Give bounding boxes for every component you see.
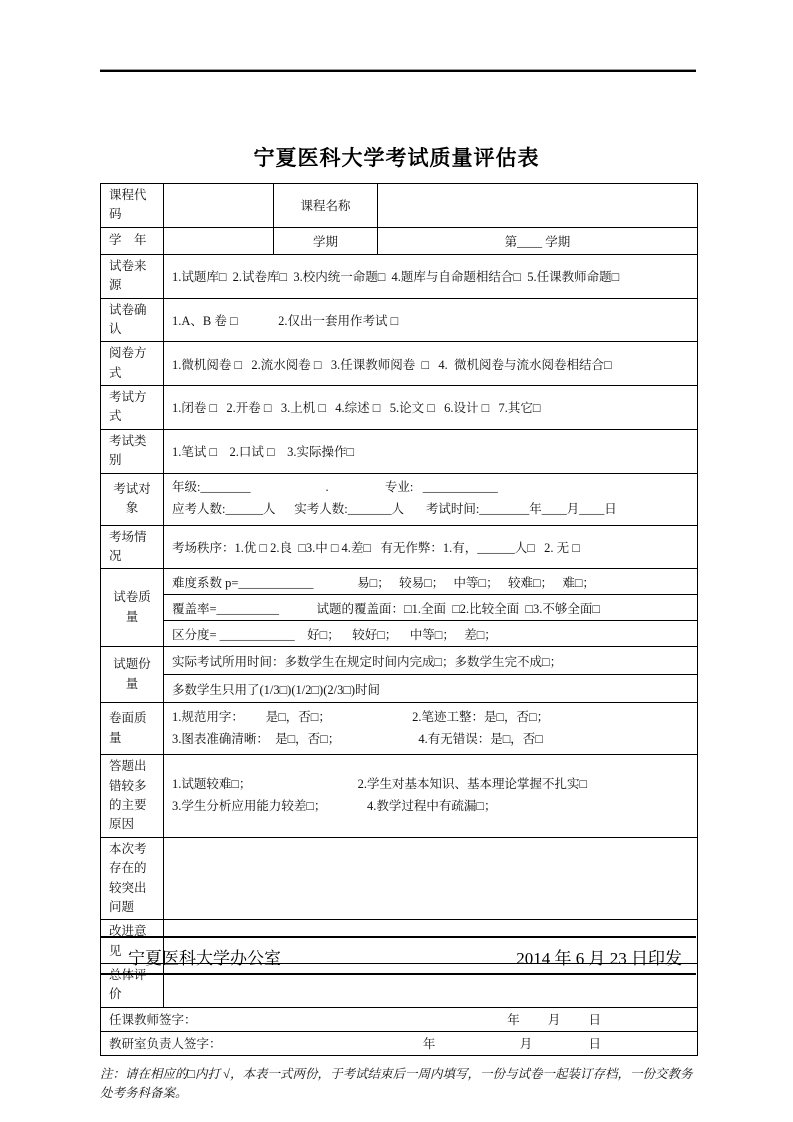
paper-source-options: 1.试题库□ 2.试卷库□ 3.校内统一命题□ 4.题库与自命题相结合□ 5.任… bbox=[164, 254, 698, 298]
paper-confirm-options: 1.A、B 卷 □ 2.仅出一套用作考试 □ bbox=[164, 298, 698, 342]
sheet-quality-line1: 1.规范用字： 是□，否□； 2.笔迹工整：是□，否□； bbox=[172, 707, 689, 729]
row-course: 课程代码 课程名称 bbox=[101, 184, 698, 228]
sheet-quality-label: 卷面质量 bbox=[101, 703, 164, 755]
footnote-line1: 注：请在相应的□内打 √，本表一式两份，于考试结束后一周内填写，一份与试卷一起装… bbox=[100, 1065, 697, 1084]
document-page: 宁夏医科大学考试质量评估表 课程代码 课程名称 学 年 学期 第____ 学期 … bbox=[0, 0, 793, 1122]
error-reasons-line2: 3.学生分析应用能力较差□； 4.教学过程中有疏漏□； bbox=[172, 796, 689, 818]
footnote-line2: 处考务科备案。 bbox=[100, 1084, 697, 1103]
row-paper-confirm: 试卷确认 1.A、B 卷 □ 2.仅出一套用作考试 □ bbox=[101, 298, 698, 342]
row-question-load-1: 试题份量 实际考试所用时间：多数学生在规定时间内完成□；多数学生完不成□； bbox=[101, 647, 698, 675]
paper-quality-discrimination: 区分度= ____________ 好□； 较好□； 中等□； 差□； bbox=[164, 621, 698, 647]
teacher-sign-date: 年 月 日 bbox=[507, 1010, 601, 1028]
course-code-label: 课程代码 bbox=[101, 184, 164, 228]
exam-method-options: 1.闭卷 □ 2.开卷 □ 3.上机 □ 4.综述 □ 5.论文 □ 6.设计 … bbox=[164, 386, 698, 430]
error-reasons-line1: 1.试题较难□； 2.学生对基本知识、基本理论掌握不扎实□ bbox=[172, 774, 689, 796]
semester-value: 第____ 学期 bbox=[378, 227, 698, 254]
row-question-load-2: 多数学生只用了(1/3□)(1/2□)(2/3□)时间 bbox=[101, 675, 698, 703]
question-load-label: 试题份量 bbox=[101, 647, 164, 703]
footer-office: 宁夏医科大学办公室 bbox=[128, 944, 281, 969]
exam-target-line1: 年级:________ . 专业: ____________ bbox=[172, 477, 689, 499]
school-year-value bbox=[164, 227, 274, 254]
row-teacher-sign: 任课教师签字： 年 月 日 bbox=[101, 1007, 698, 1031]
row-exam-room: 考场情况 考场秩序：1.优 □ 2.良 □3.中 □ 4.差□ 有无作弊：1.有… bbox=[101, 525, 698, 569]
director-sign-date: 年 月 日 bbox=[423, 1034, 601, 1052]
footer-bar: 宁夏医科大学办公室 2014 年 6 月 23 日印发 bbox=[100, 936, 696, 975]
row-paper-source: 试卷来源 1.试题库□ 2.试卷库□ 3.校内统一命题□ 4.题库与自命题相结合… bbox=[101, 254, 698, 298]
exam-target-line2: 应考人数:______人 实考人数:_______人 考试时间:________… bbox=[172, 499, 689, 521]
exam-target-label: 考试对象 bbox=[101, 473, 164, 525]
exam-room-label: 考场情况 bbox=[101, 525, 164, 569]
exam-room-options: 考场秩序：1.优 □ 2.良 □3.中 □ 4.差□ 有无作弊：1.有，____… bbox=[164, 525, 698, 569]
assessment-table: 课程代码 课程名称 学 年 学期 第____ 学期 试卷来源 1.试题库□ 2.… bbox=[100, 183, 698, 1056]
teacher-sign-label: 任课教师签字： bbox=[109, 1010, 197, 1028]
paper-confirm-label: 试卷确认 bbox=[101, 298, 164, 342]
row-paper-quality-2: 覆盖率=__________ 试题的覆盖面：□1.全面 □2.比较全面 □3.不… bbox=[101, 595, 698, 621]
sheet-quality-content: 1.规范用字： 是□，否□； 2.笔迹工整：是□，否□； 3.图表准确清晰： 是… bbox=[164, 703, 698, 755]
teacher-sign-cell: 任课教师签字： 年 月 日 bbox=[101, 1007, 698, 1031]
error-reasons-label: 答题出错较多的主要原因 bbox=[101, 755, 164, 838]
page-title: 宁夏医科大学考试质量评估表 bbox=[0, 142, 793, 172]
header-rule bbox=[100, 69, 696, 72]
row-problems: 本次考存在的较突出问题 bbox=[101, 837, 698, 920]
question-load-fraction: 多数学生只用了(1/3□)(1/2□)(2/3□)时间 bbox=[164, 675, 698, 703]
footer-issue-date: 2014 年 6 月 23 日印发 bbox=[516, 944, 682, 969]
error-reasons-content: 1.试题较难□； 2.学生对基本知识、基本理论掌握不扎实□ 3.学生分析应用能力… bbox=[164, 755, 698, 838]
school-year-label: 学 年 bbox=[101, 227, 164, 254]
footnote: 注：请在相应的□内打 √，本表一式两份，于考试结束后一周内填写，一份与试卷一起装… bbox=[100, 1065, 697, 1104]
row-exam-method: 考试方式 1.闭卷 □ 2.开卷 □ 3.上机 □ 4.综述 □ 5.论文 □ … bbox=[101, 386, 698, 430]
row-grading-method: 阅卷方式 1.微机阅卷 □ 2.流水阅卷 □ 3.任课教师阅卷 □ 4. 微机阅… bbox=[101, 342, 698, 386]
row-school-year: 学 年 学期 第____ 学期 bbox=[101, 227, 698, 254]
grading-method-label: 阅卷方式 bbox=[101, 342, 164, 386]
exam-category-label: 考试类别 bbox=[101, 429, 164, 473]
row-exam-category: 考试类别 1.笔试 □ 2.口试 □ 3.实际操作□ bbox=[101, 429, 698, 473]
exam-target-content: 年级:________ . 专业: ____________ 应考人数:____… bbox=[164, 473, 698, 525]
grading-method-options: 1.微机阅卷 □ 2.流水阅卷 □ 3.任课教师阅卷 □ 4. 微机阅卷与流水阅… bbox=[164, 342, 698, 386]
row-paper-quality-3: 区分度= ____________ 好□； 较好□； 中等□； 差□； bbox=[101, 621, 698, 647]
course-name-value bbox=[378, 184, 698, 228]
course-name-label: 课程名称 bbox=[274, 184, 378, 228]
director-sign-cell: 教研室负责人签字： 年 月 日 bbox=[101, 1031, 698, 1055]
row-sheet-quality: 卷面质量 1.规范用字： 是□，否□； 2.笔迹工整：是□，否□； 3.图表准确… bbox=[101, 703, 698, 755]
exam-method-label: 考试方式 bbox=[101, 386, 164, 430]
paper-quality-difficulty: 难度系数 p=____________ 易□； 较易□； 中等□； 较难□； 难… bbox=[164, 569, 698, 595]
sheet-quality-line2: 3.图表准确清晰： 是□，否□； 4.有无错误：是□，否□ bbox=[172, 729, 689, 751]
paper-quality-label: 试卷质量 bbox=[101, 569, 164, 647]
row-director-sign: 教研室负责人签字： 年 月 日 bbox=[101, 1031, 698, 1055]
row-error-reasons: 答题出错较多的主要原因 1.试题较难□； 2.学生对基本知识、基本理论掌握不扎实… bbox=[101, 755, 698, 838]
course-code-value bbox=[164, 184, 274, 228]
paper-quality-coverage: 覆盖率=__________ 试题的覆盖面：□1.全面 □2.比较全面 □3.不… bbox=[164, 595, 698, 621]
row-paper-quality-1: 试卷质量 难度系数 p=____________ 易□； 较易□； 中等□； 较… bbox=[101, 569, 698, 595]
problems-label: 本次考存在的较突出问题 bbox=[101, 837, 164, 920]
row-exam-target: 考试对象 年级:________ . 专业: ____________ 应考人数… bbox=[101, 473, 698, 525]
director-sign-label: 教研室负责人签字： bbox=[109, 1034, 222, 1052]
semester-label: 学期 bbox=[274, 227, 378, 254]
paper-source-label: 试卷来源 bbox=[101, 254, 164, 298]
exam-category-options: 1.笔试 □ 2.口试 □ 3.实际操作□ bbox=[164, 429, 698, 473]
problems-value bbox=[164, 837, 698, 920]
question-load-time: 实际考试所用时间：多数学生在规定时间内完成□；多数学生完不成□； bbox=[164, 647, 698, 675]
